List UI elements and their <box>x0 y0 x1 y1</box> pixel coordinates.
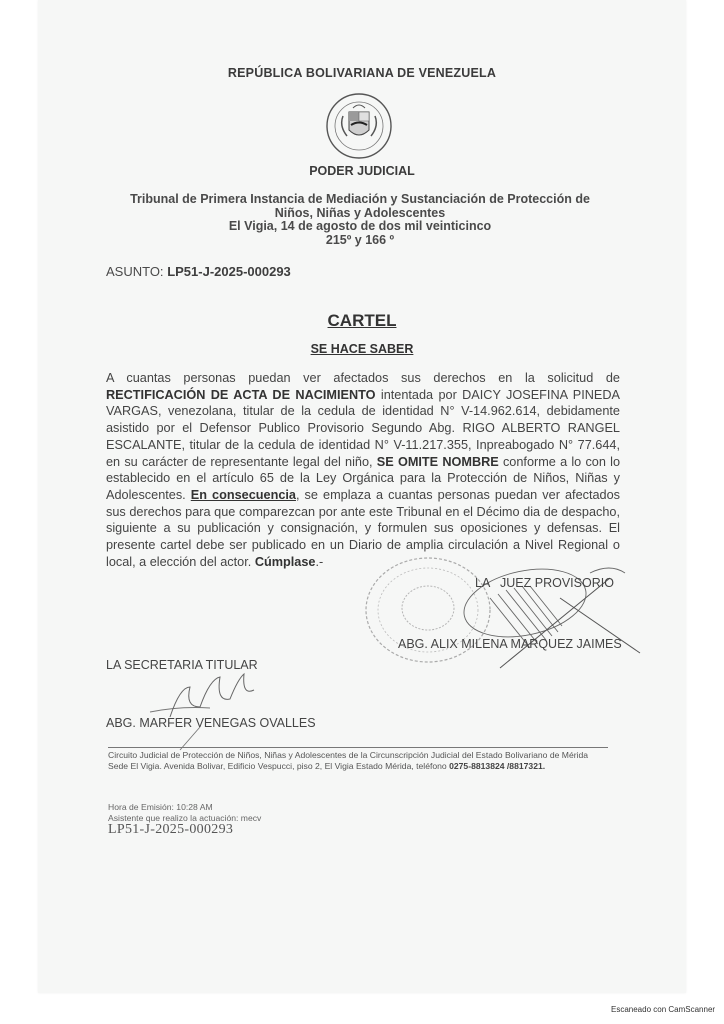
scanner-watermark: Escaneado con CamScanner <box>611 1005 715 1014</box>
court-name-line1: Tribunal de Primera Instancia de Mediaci… <box>100 193 620 207</box>
secretary-title: LA SECRETARIA TITULAR <box>106 658 258 672</box>
years-line: 215º y 166 º <box>100 234 620 248</box>
body-text-1: A cuantas personas puedan ver afectados … <box>106 371 620 385</box>
footer-line-2: Sede El Vigia. Avenida Bolivar, Edificio… <box>108 761 628 772</box>
coat-of-arms-seal-icon <box>323 92 395 160</box>
emission-meta: Hora de Emisión: 10:28 AM Asistente que … <box>108 802 261 823</box>
case-code-footer: LP51-J-2025-000293 <box>108 822 233 838</box>
judge-title: LA JUEZ PROVISORIO <box>475 576 614 590</box>
court-heading: Tribunal de Primera Instancia de Mediaci… <box>100 193 620 247</box>
secretary-signature-icon <box>140 672 270 752</box>
secretary-name: ABG. MARFER VENEGAS OVALLES <box>106 716 316 730</box>
body-text-5: .- <box>315 555 323 569</box>
document-title: CARTEL <box>0 311 724 331</box>
court-name-line2: Niños, Niñas y Adolescentes <box>100 207 620 221</box>
footer-divider <box>108 747 608 748</box>
asunto-line: ASUNTO: LP51-J-2025-000293 <box>106 264 291 279</box>
asunto-code: LP51-J-2025-000293 <box>167 264 291 279</box>
branch-heading: PODER JUDICIAL <box>0 164 724 178</box>
body-bold-cumplase: Cúmplase <box>255 555 316 569</box>
body-bold-rectificacion: RECTIFICACIÓN DE ACTA DE NACIMIENTO <box>106 388 376 402</box>
footer-phone: 0275-8813824 /8817321. <box>449 761 545 771</box>
footer-address-text: Sede El Vigia. Avenida Bolivar, Edificio… <box>108 761 449 771</box>
place-date: El Vigia, 14 de agosto de dos mil veinti… <box>100 220 620 234</box>
body-underline-consecuencia: En consecuencia <box>191 488 296 502</box>
document-subtitle: SE HACE SABER <box>0 342 724 356</box>
body-paragraph: A cuantas personas puedan ver afectados … <box>106 370 620 570</box>
emission-time: Hora de Emisión: 10:28 AM <box>108 802 261 813</box>
country-heading: REPÚBLICA BOLIVARIANA DE VENEZUELA <box>0 66 724 80</box>
footer-address: Circuito Judicial de Protección de Niños… <box>108 750 628 772</box>
footer-line-1: Circuito Judicial de Protección de Niños… <box>108 750 628 761</box>
body-bold-omite-nombre: SE OMITE NOMBRE <box>377 455 499 469</box>
asunto-label: ASUNTO: <box>106 264 164 279</box>
judge-name: ABG. ALIX MILENA MARQUEZ JAIMES <box>398 637 622 651</box>
